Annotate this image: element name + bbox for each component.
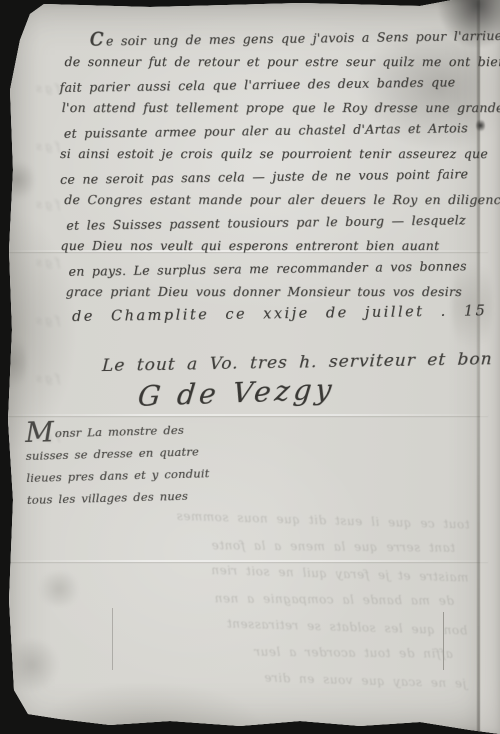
manuscript-line: et puissante armee pour aler au chastel … xyxy=(64,116,468,145)
bleed-mark: f g s xyxy=(4,234,60,292)
manuscript-line: que Dieu nos veult qui esperons entreron… xyxy=(60,234,468,257)
bleed-through-text: tout ce que il eust dit que nous sommes … xyxy=(94,502,470,695)
margin-smudge xyxy=(2,640,62,690)
manuscript-line: si ainsi estoit je crois quilz se pourro… xyxy=(60,142,468,165)
manuscript-line: fait parier aussi cela que l'arriuee des… xyxy=(59,70,467,99)
bleed-mark: f g s xyxy=(4,118,60,176)
horizontal-crease xyxy=(6,414,488,416)
bleed-mark: f g s xyxy=(4,60,60,118)
bleed-mark: f g s xyxy=(4,350,60,408)
signature-flourish: G de Vezgy xyxy=(136,372,337,412)
manuscript-line: de sonneur fut de retour et pour estre s… xyxy=(64,50,467,73)
ink-blot-right-margin xyxy=(476,118,485,133)
manuscript-line: grace priant Dieu vous donner Monsieur t… xyxy=(66,280,469,303)
bleed-mark: f g s xyxy=(4,176,60,234)
manuscript-line: ce ne seroit pas sans cela — juste de ne… xyxy=(60,162,468,191)
bleed-mark: f g s xyxy=(4,292,60,350)
manuscript-line: de Congres estant mande pour aler deuers… xyxy=(64,188,468,211)
manuscript-line: ce soir ung de mes gens que j'avois a Se… xyxy=(89,21,467,52)
manuscript-line: et les Suisses passent tousiours par le … xyxy=(66,208,468,237)
paper-sheet: f g s f g s f g s f g s f g s f g s f g … xyxy=(0,0,500,734)
dateline: de Champlite ce xxije de juillet . 15 53 xyxy=(72,303,500,325)
manuscript-scan: f g s f g s f g s f g s f g s f g s f g … xyxy=(0,0,500,734)
margin-smudge xyxy=(36,572,82,606)
note-line-text: onsr La monstre des xyxy=(55,423,184,440)
marginal-note: Monsr La monstre des suisses se dresse e… xyxy=(25,417,257,511)
letter-body: ce soir ung de mes gens que j'avois a Se… xyxy=(59,23,468,304)
manuscript-line: en pays. Le surplus sera me recommander … xyxy=(68,254,468,283)
closing-salutation: Le tout a Vo. tres h. serviteur et bon a… xyxy=(102,348,500,376)
manuscript-line: l'on attend fust tellement prope que le … xyxy=(62,96,468,119)
